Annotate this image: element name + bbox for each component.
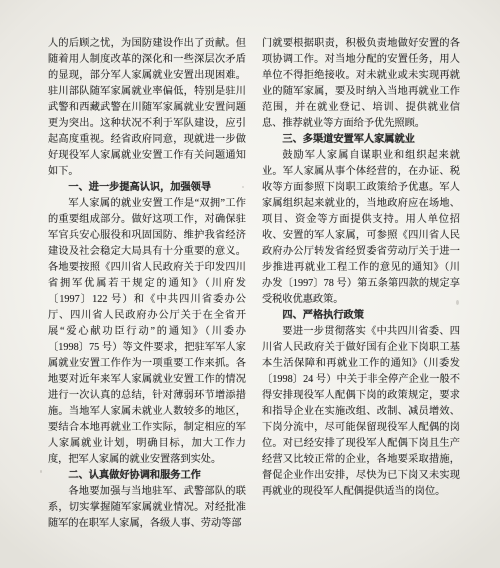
text-column-left: 人的后顾之忧，为国防建设作出了贡献。但随着用人制度改革的深化和一些深层次矛盾的显… — [48, 36, 246, 532]
paragraph: 人的后顾之忧，为国防建设作出了贡献。但随着用人制度改革的深化和一些深层次矛盾的显… — [48, 36, 246, 180]
section-heading: 三、多渠道安置军人家属就业 — [262, 132, 460, 148]
section-heading: 二、认真做好协调和服务工作 — [48, 468, 246, 484]
paragraph: 军人家属的就业安置工作是“双拥”工作的重要组成部分。做好这项工作，对确保驻军官兵… — [48, 196, 246, 468]
text-columns: 人的后顾之忧，为国防建设作出了贡献。但随着用人制度改革的深化和一些深层次矛盾的显… — [48, 36, 460, 532]
text-column-right: 门就要根据职责，积极负责地做好安置的各项协调工作。对当地分配的安置任务，用人单位… — [262, 36, 460, 532]
paragraph: 各地要加强与当地驻军、武警部队的联系，切实掌握随军家属就业情况。对经批准随军的在… — [48, 484, 246, 532]
document-page: 人的后顾之忧，为国防建设作出了贡献。但随着用人制度改革的深化和一些深层次矛盾的显… — [0, 0, 500, 568]
paragraph: 门就要根据职责，积极负责地做好安置的各项协调工作。对当地分配的安置任务，用人单位… — [262, 36, 460, 132]
scan-artifact — [456, 300, 459, 305]
section-heading: 四、严格执行政策 — [262, 308, 460, 324]
paragraph: 鼓励军人家属自谋职业和组织起来就业。军人家属从事个体经营的，在办证、税收等方面参… — [262, 148, 460, 308]
scan-artifact — [242, 186, 244, 188]
paragraph: 要进一步贯彻落实《中共四川省委、四川省人民政府关于做好国有企业下岗职工基本生活保… — [262, 324, 460, 500]
section-heading: 一、进一步提高认识，加强领导 — [48, 180, 246, 196]
scan-artifact — [40, 470, 42, 473]
